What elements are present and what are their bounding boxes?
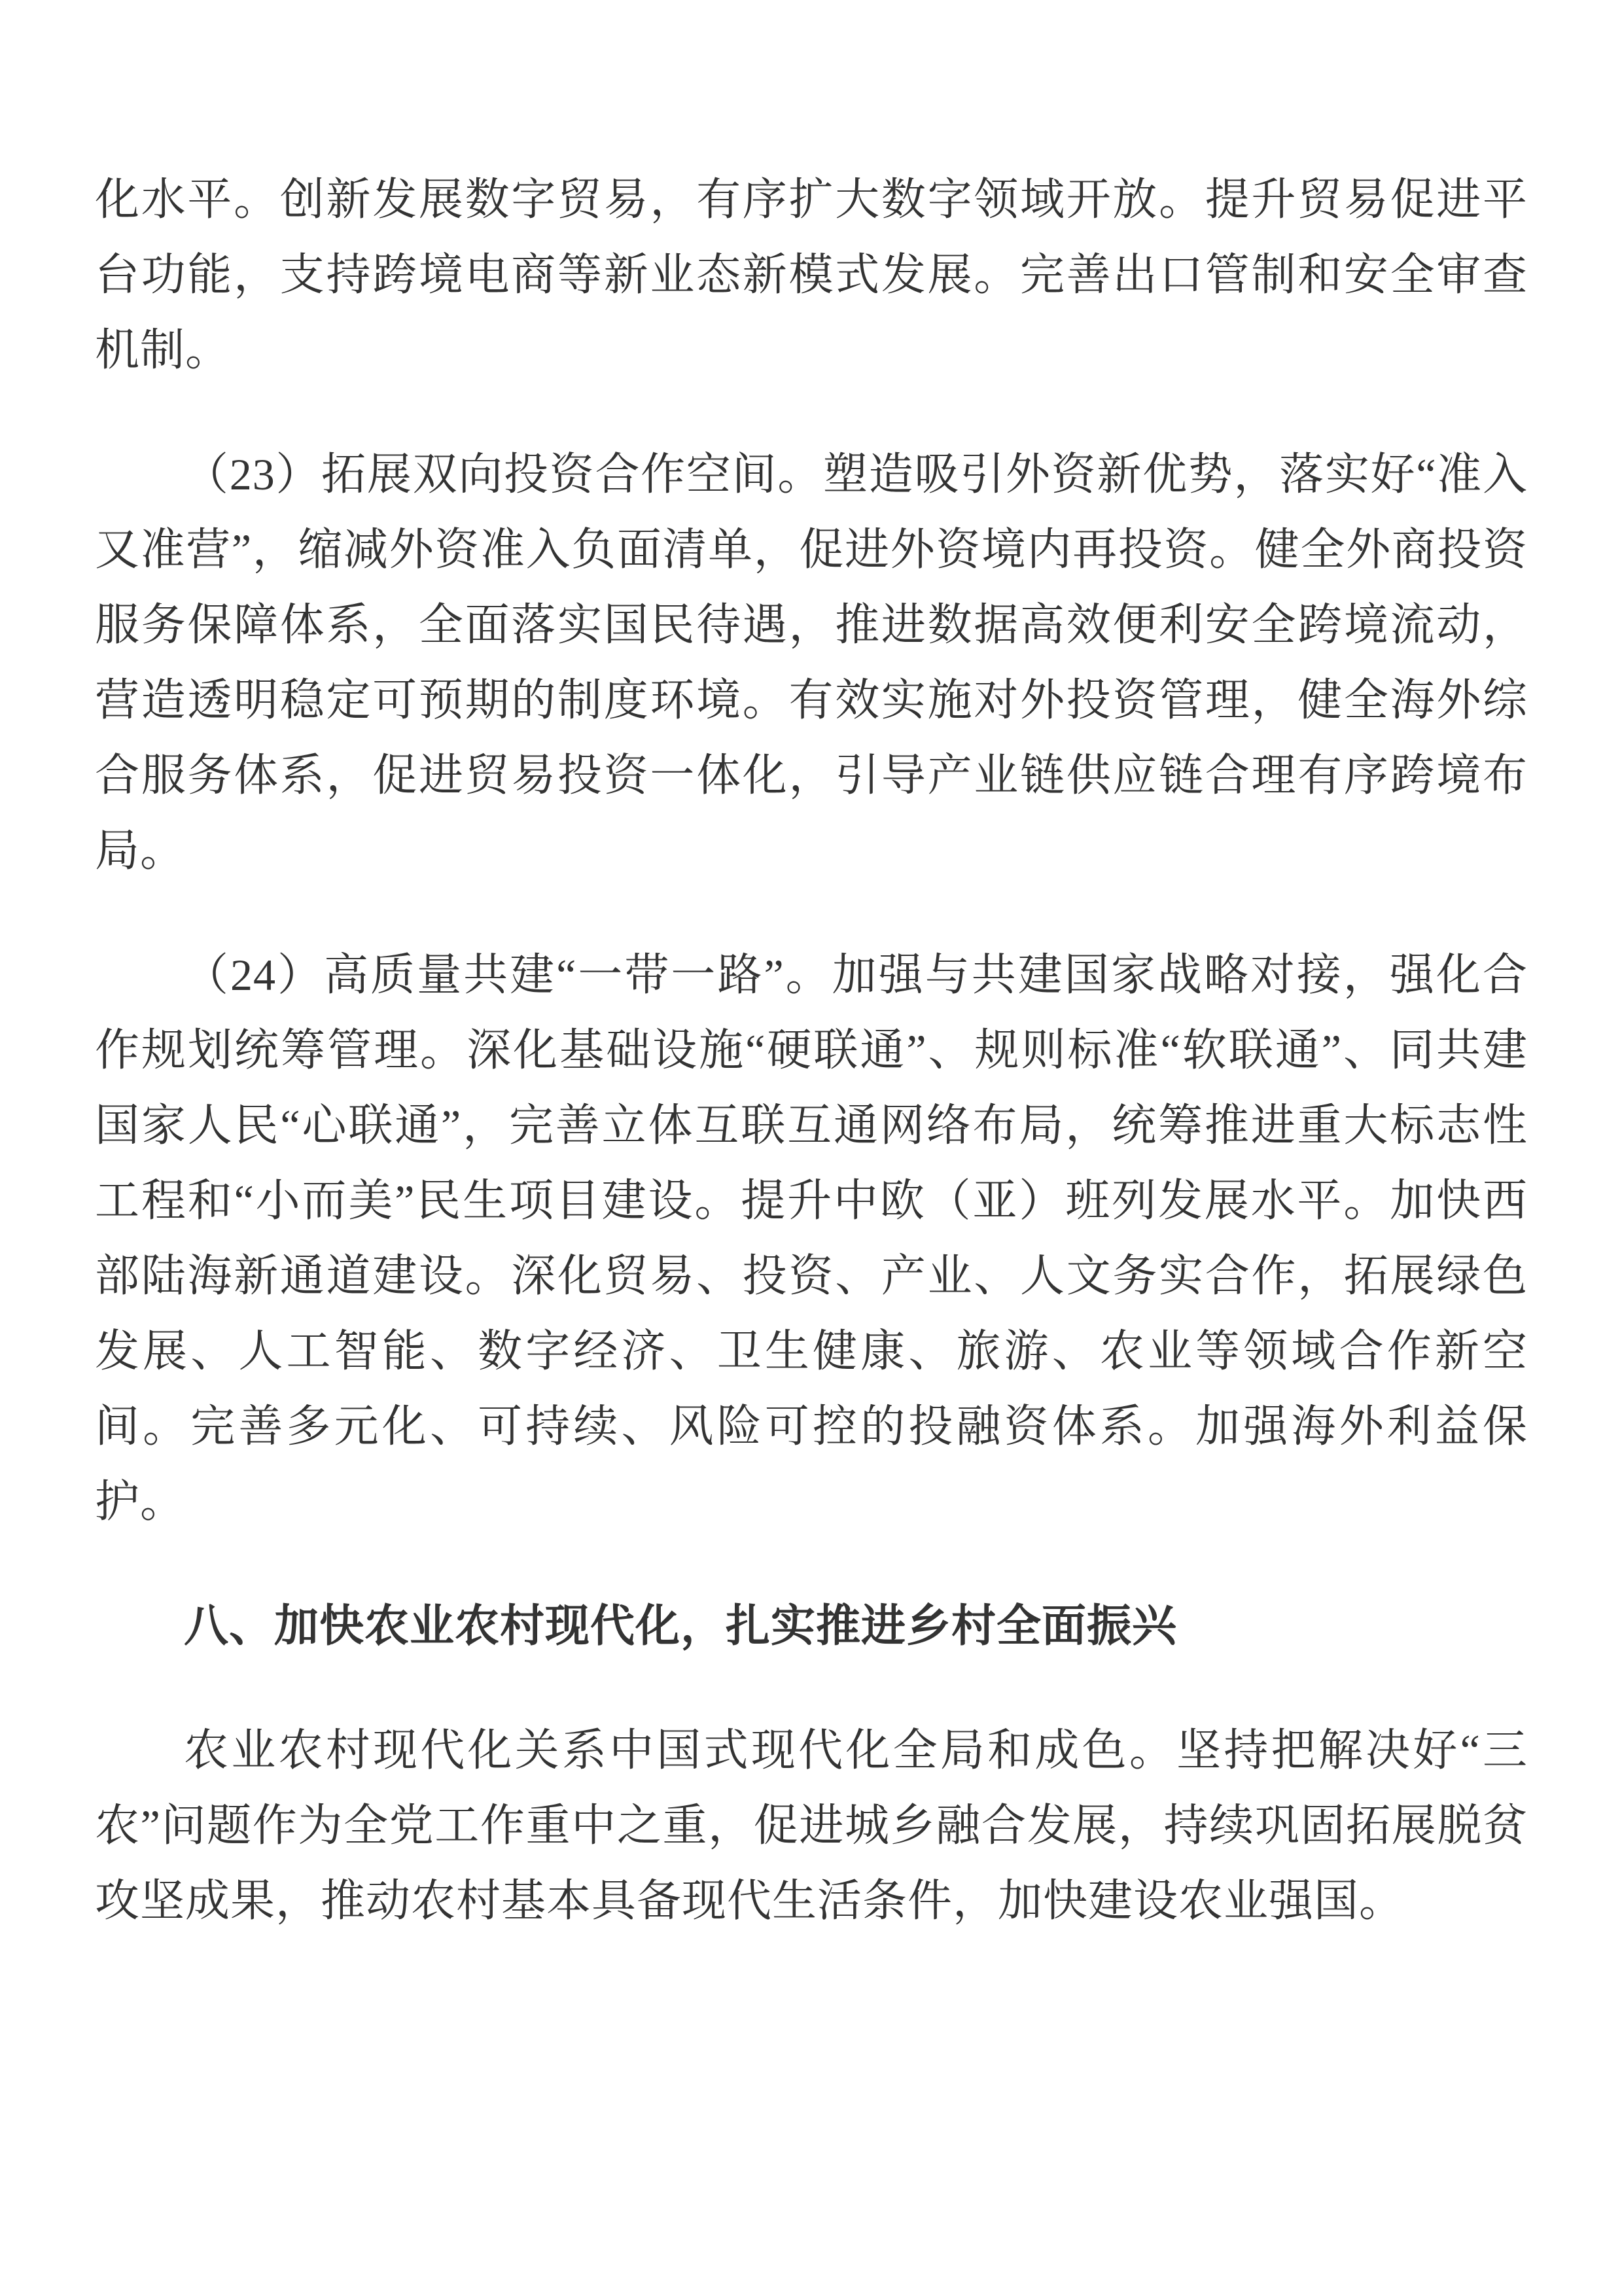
section-heading: 八、加快农业农村现代化，扎实推进乡村全面振兴 [95, 1589, 1528, 1664]
paragraph: （24）高质量共建“一带一路”。加强与共建国家战略对接，强化合作规划统筹管理。深… [95, 938, 1528, 1540]
paragraph: 化水平。创新发展数字贸易，有序扩大数字领域开放。提升贸易促进平台功能，支持跨境电… [95, 162, 1528, 388]
paragraph: 农业农村现代化关系中国式现代化全局和成色。坚持把解决好“三农”问题作为全党工作重… [95, 1713, 1528, 1939]
document-page: 化水平。创新发展数字贸易，有序扩大数字领域开放。提升贸易促进平台功能，支持跨境电… [0, 0, 1622, 2296]
paragraph: （23）拓展双向投资合作空间。塑造吸引外资新优势，落实好“准入又准营”，缩减外资… [95, 437, 1528, 889]
document-body: 化水平。创新发展数字贸易，有序扩大数字领域开放。提升贸易促进平台功能，支持跨境电… [95, 162, 1528, 1939]
